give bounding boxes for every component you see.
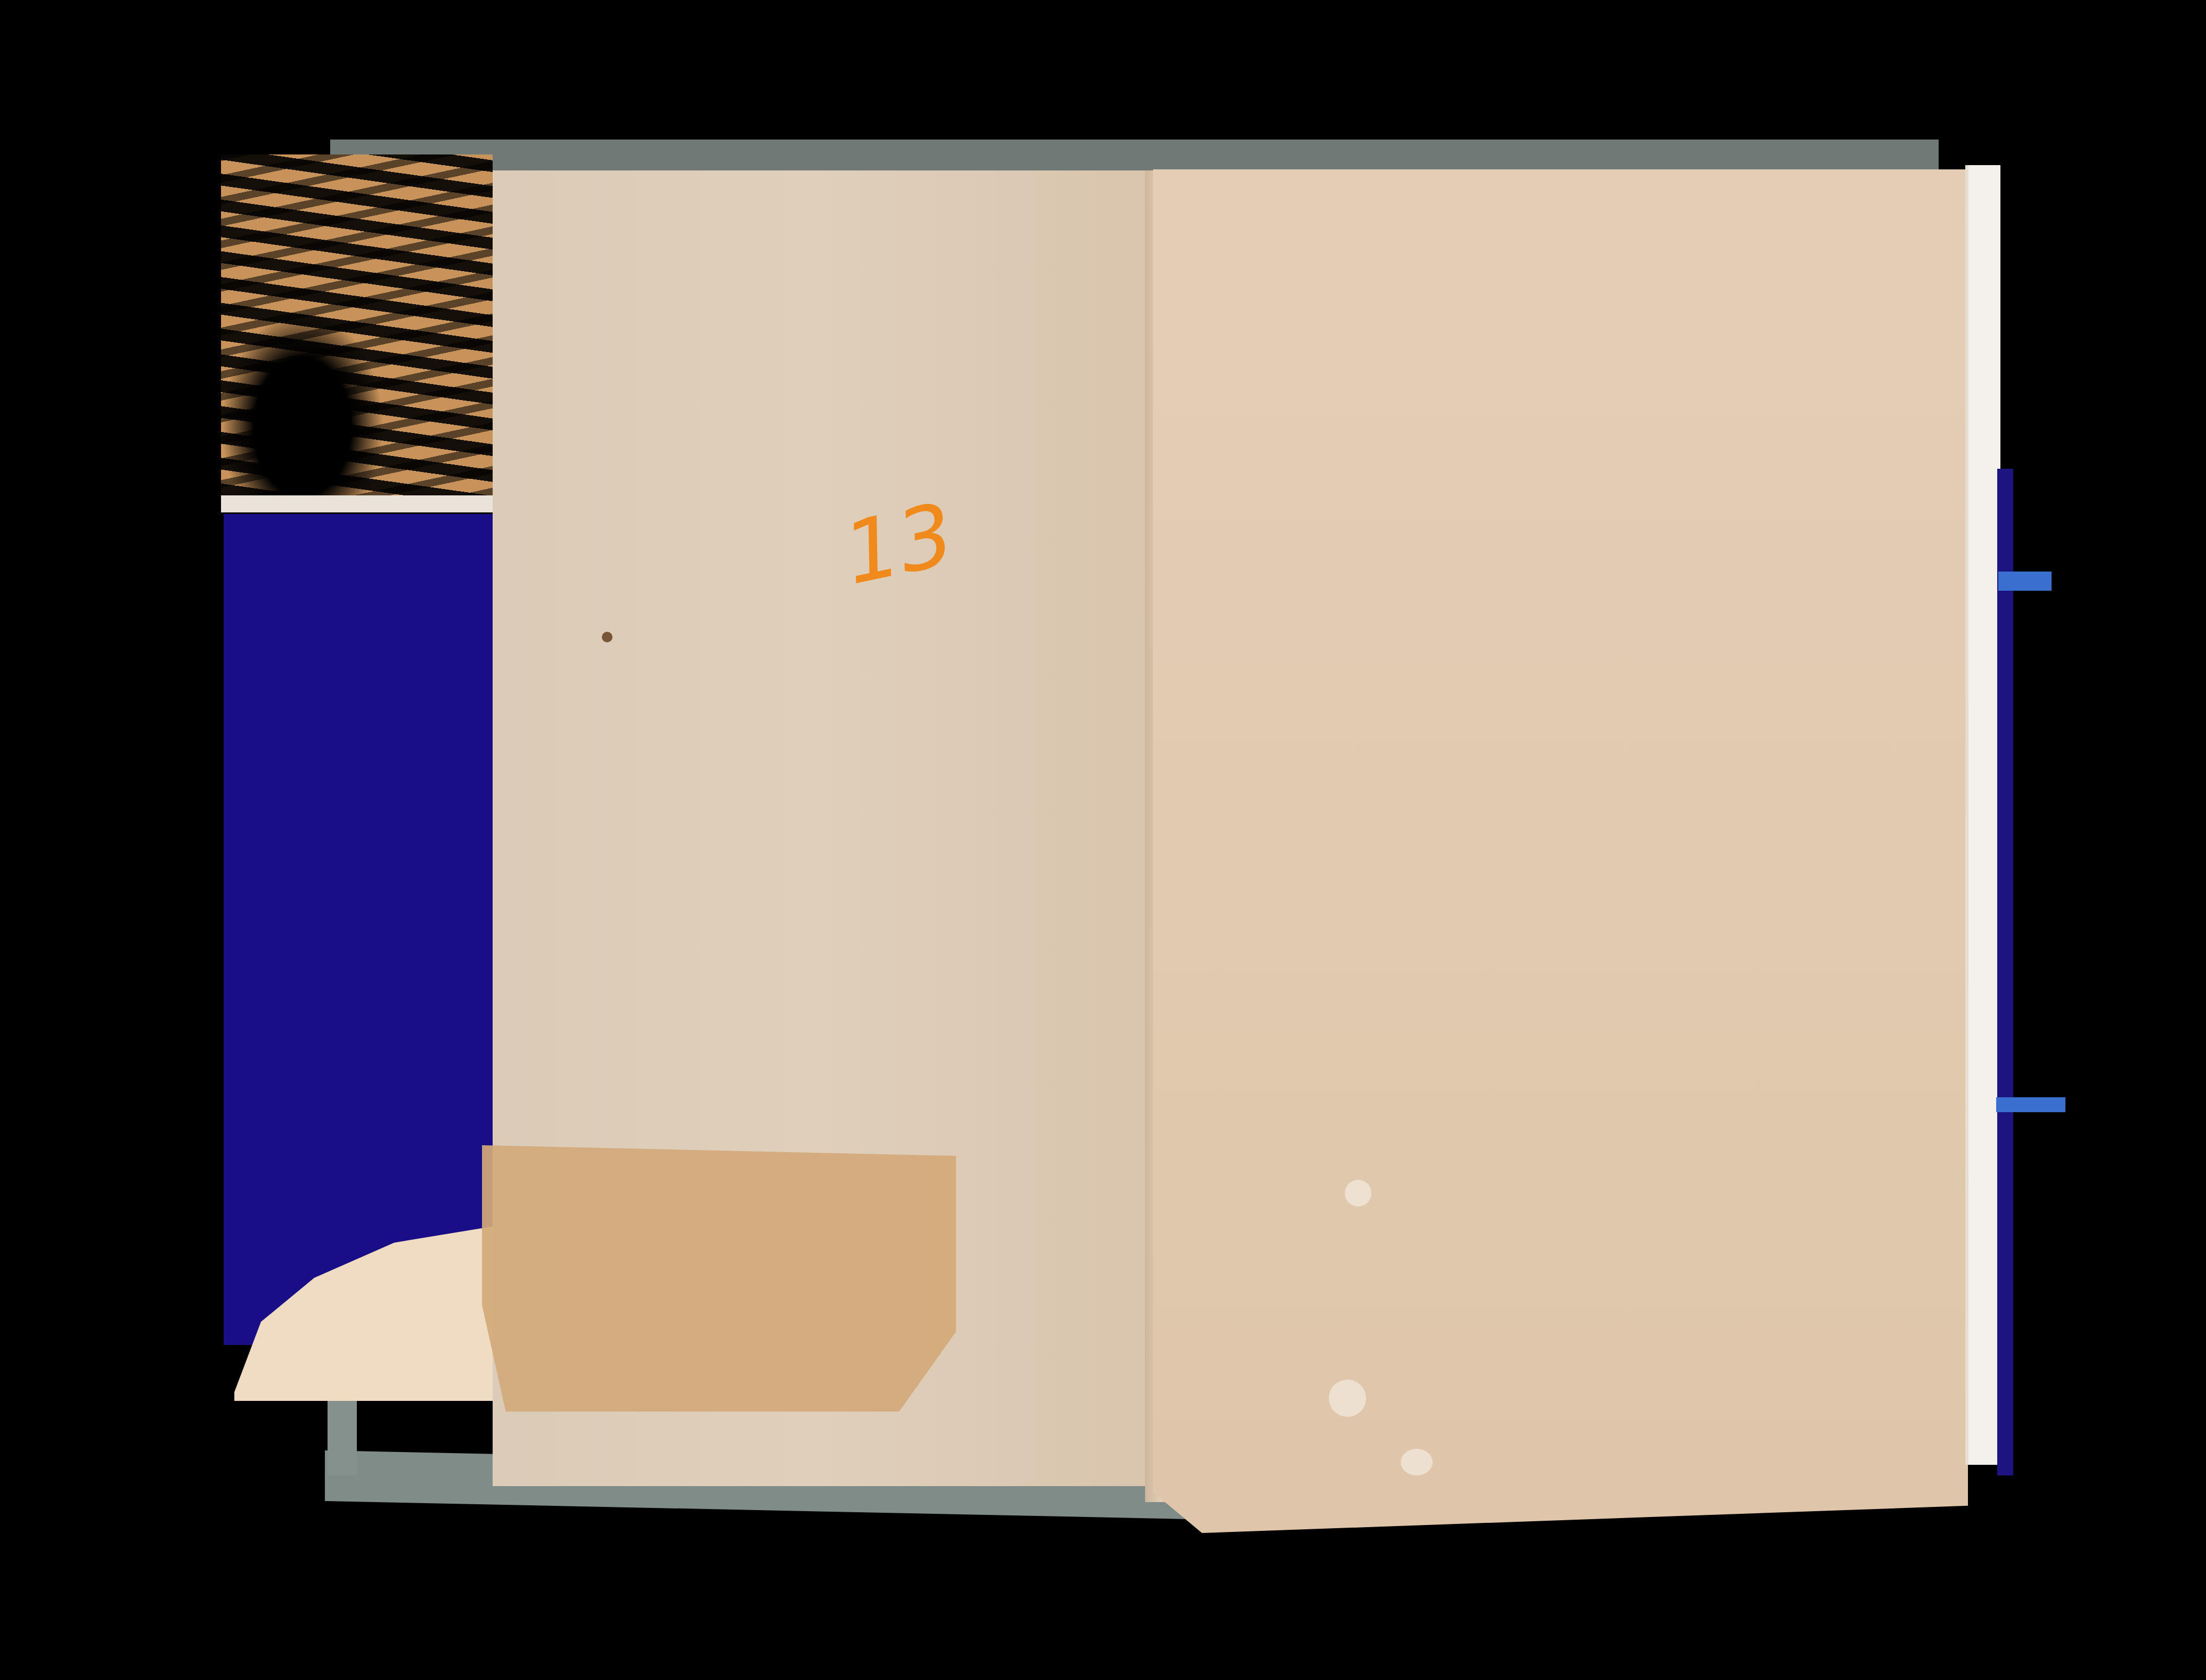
page-block-edge [1965, 165, 2000, 1465]
dust-jacket-blue-flap [224, 514, 493, 1345]
first-page [1153, 169, 1968, 1533]
dust-jacket-stripe [221, 495, 493, 512]
cover-edge-top [330, 140, 1939, 172]
water-spot [1329, 1380, 1366, 1417]
dust-jacket-pattern [221, 154, 493, 495]
ink-dot [602, 632, 612, 642]
water-spot [1401, 1449, 1433, 1475]
open-book: 13 [0, 0, 2206, 1680]
water-spot [1345, 1180, 1371, 1206]
bookmark-tab[interactable] [1998, 572, 2052, 591]
back-cover-edge [1997, 469, 2013, 1475]
bookmark-tab[interactable] [1996, 1097, 2065, 1112]
tape-stain [482, 1145, 956, 1412]
